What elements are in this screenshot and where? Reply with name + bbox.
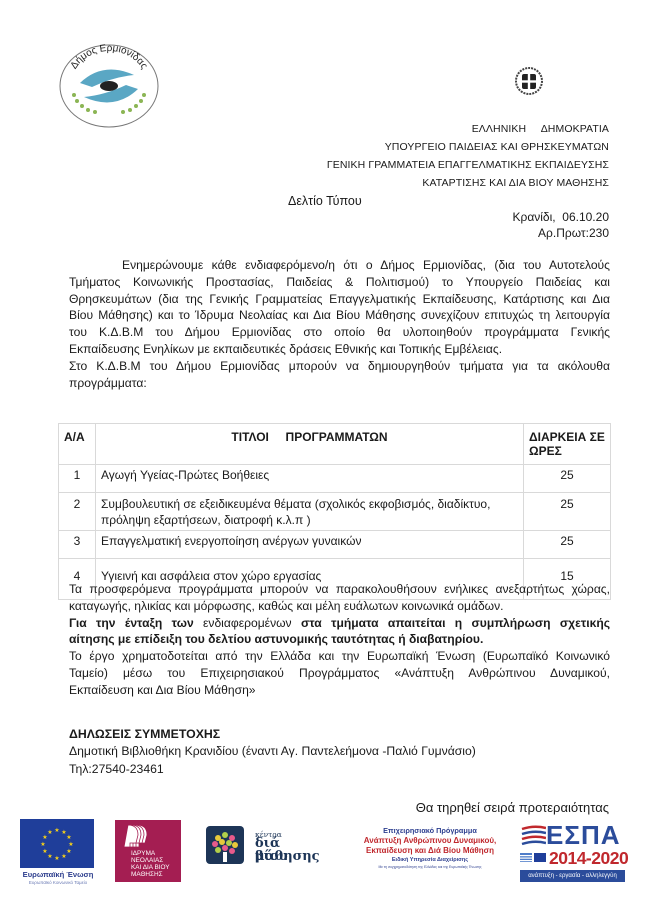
requirement-normal-text: ενδιαφερομένων [194,616,301,630]
text-line: προγράμματα: [69,375,610,392]
svg-text:★: ★ [61,853,66,860]
text-line: Το έργο χρηματοδοτείται από την Ελλάδα κ… [69,648,610,665]
text-line: Βίου Μάθησης) και το Ίδρυμα Νεολαίας και… [69,307,610,324]
eligibility-paragraph: Τα προσφερόμενα προγράμματα μπορούν να π… [69,581,610,699]
declarations-heading: ΔΗΛΩΣΕΙΣ ΣΥΜΜΕΤΟΧΗΣ [69,727,220,741]
table-row: 2 Συμβουλευτική σε εξειδικευμένα θέματα … [59,493,611,531]
program-hours: 25 [524,465,611,493]
svg-text:★: ★ [47,853,52,860]
text-line: Εκπαίδευση και Δια Βίου Μάθηση» [69,682,610,699]
header-line: ΥΠΟΥΡΓΕΙΟ ΠΑΙΔΕΙΑΣ ΚΑΙ ΘΡΗΣΚΕΥΜΑΤΩΝ [385,141,609,153]
intro-paragraph: Ενημερώνουμε κάθε ενδιαφερόμενο/η ότι ο … [69,257,610,391]
espa-logo: ΕΣΠΑ 2014-2020 ανάπτυξη - εργασία - αλλη… [520,823,626,887]
text-line: Ταμείο) μέσω του Επιχειρησιακού Προγράμμ… [69,665,610,682]
text-line: Στο Κ.Δ.Β.Μ του Δήμου Ερμιονίδας μπορούν… [69,358,610,375]
text-line: καταγωγής, ηλικίας και μόρφωσης, καθώς κ… [69,598,610,615]
espa-years: 2014-2020 [549,848,628,869]
kdvm-text: μάθησης [255,850,320,863]
table-row: 3 Επαγγελματική ενεργοποίηση ανέργων γυν… [59,531,611,559]
declarations-location: Δημοτική Βιβλιοθήκη Κρανιδίου (έναντι Αγ… [69,744,476,758]
heads-icon [121,823,151,849]
svg-text:★: ★ [68,841,73,848]
page-title: Δελτίο Τύπου [288,194,362,208]
svg-text:★: ★ [66,834,71,841]
program-hours: 25 [524,531,611,559]
operational-programme-logo: Επιχειρησιακό Πρόγραμμα Ανάπτυξη Ανθρώπι… [345,826,515,886]
row-number: 2 [59,493,96,531]
program-title: Επαγγελματική ενεργοποίηση ανέργων γυναι… [96,531,524,559]
requirement-line: αίτησης με επίδειξη του δελτίου αστυνομι… [69,631,610,648]
program-hours: 25 [524,493,611,531]
header-line: ΓΕΝΙΚΗ ΓΡΑΜΜΑΤΕΙΑ ΕΠΑΓΓΕΛΜΑΤΙΚΗΣ ΕΚΠΑΙΔΕ… [327,159,609,171]
epan-line: Ειδική Υπηρεσία Διαχείρισης [345,856,515,865]
text-line: Τμήματος Κοινωνικής Προστασίας, Παιδείας… [69,274,610,291]
greek-coat-of-arms-icon [514,66,544,96]
text-line: Εκπαίδευσης Ενηλίκων με εκπαιδευτικές δρ… [69,341,610,358]
municipality-logo: Δήμος Ερμιονίδας [58,43,160,129]
eu-flag-icon: ★★★★ ★★★★ ★★★★ [20,819,94,868]
protocol-number: Αρ.Πρωτ:230 [538,226,609,240]
requirement-bold-text: στα τμήματα απαιτείται η συμπλήρωση σχετ… [301,616,610,630]
text-line: Ενημερώνουμε κάθε ενδιαφερόμενο/η ότι ο … [69,257,610,274]
column-header-duration: ΔΙΑΡΚΕΙΑ ΣΕ ΩΡΕΣ [524,424,611,465]
inedivim-logo: ΙΔΡΥΜΑ ΝΕΟΛΑΙΑΣ ΚΑΙ ΔΙΑ ΒΙΟΥ ΜΑΘΗΣΗΣ [115,820,181,882]
eu-subtitle: Ευρωπαϊκό Κοινωνικό Ταμείο [20,880,96,885]
header-line: ΚΑΤΑΡΤΙΣΗΣ ΚΑΙ ΔΙΑ ΒΙΟΥ ΜΑΘΗΣΗΣ [422,177,609,189]
eu-logo: ★★★★ ★★★★ ★★★★ Ευρωπαϊκή Ένωση Ευρωπαϊκό… [20,819,96,889]
requirement-bold-text: Για την ένταξη των [69,616,194,630]
text-line: Τα προσφερόμενα προγράμματα μπορούν να π… [69,581,610,598]
espa-tagline: ανάπτυξη - εργασία - αλληλεγγύη [520,870,625,882]
requirement-line: Για την ένταξη των ενδιαφερομένων στα τμ… [69,615,610,632]
svg-text:★: ★ [66,848,71,855]
date-line: Κρανίδι, 06.10.20 [513,210,610,224]
row-number: 1 [59,465,96,493]
column-header-index: Α/Α [59,424,96,465]
svg-text:★: ★ [54,827,59,834]
text-line: Θρησκευμάτων (δια της Γενικής Γραμματεία… [69,291,610,308]
priority-note: Θα τηρηθεί σειρά προτεραιότητας [416,800,609,815]
header-line: ΕΛΛΗΝΙΚΗ ΔΗΜΟΚΡΑΤΙΑ [472,123,609,135]
svg-text:★: ★ [47,829,52,836]
epan-line: Εκπαίδευση και Διά Βίου Μάθηση [345,846,515,856]
text-line: του Κ.Δ.Β.Μ του Δήμου Ερμιονίδας στο οπο… [69,324,610,341]
programs-table: Α/Α ΤΙΤΛΟΙ ΠΡΟΓΡΑΜΜΑΤΩΝ ΔΙΑΡΚΕΙΑ ΣΕ ΩΡΕΣ… [58,423,611,600]
epan-line: Ανάπτυξη Ανθρώπινου Δυναμικού, [345,836,515,846]
inedivim-text: ΙΔΡΥΜΑ ΝΕΟΛΑΙΑΣ ΚΑΙ ΔΙΑ ΒΙΟΥ ΜΑΘΗΣΗΣ [131,850,170,878]
eu-title: Ευρωπαϊκή Ένωση [20,870,96,879]
table-header-row: Α/Α ΤΙΤΛΟΙ ΠΡΟΓΡΑΜΜΑΤΩΝ ΔΙΑΡΚΕΙΑ ΣΕ ΩΡΕΣ [59,424,611,465]
epan-line: Επιχειρησιακό Πρόγραμμα [345,826,515,836]
svg-text:★: ★ [42,848,47,855]
declarations-phone: Τηλ:27540-23461 [69,762,164,776]
program-title: Συμβουλευτική σε εξειδικευμένα θέματα (σ… [96,493,524,531]
epan-line: Με τη συγχρηματοδότηση της Ελλάδας και τ… [345,865,515,870]
table-row: 1 Αγωγή Υγείας-Πρώτες Βοήθειες 25 [59,465,611,493]
svg-text:★: ★ [54,855,59,862]
program-title: Αγωγή Υγείας-Πρώτες Βοήθειες [96,465,524,493]
lifelong-learning-centres-logo: κέντρα διά βίου μάθησης [205,824,315,866]
espa-title: ΕΣΠΑ [546,820,621,851]
greek-eu-flags-icon [520,853,546,862]
row-number: 3 [59,531,96,559]
tree-icon [206,826,244,864]
svg-text:★: ★ [40,841,45,848]
column-header-title: ΤΙΤΛΟΙ ΠΡΟΓΡΑΜΜΑΤΩΝ [96,424,524,465]
espa-stripes-icon [520,825,546,849]
